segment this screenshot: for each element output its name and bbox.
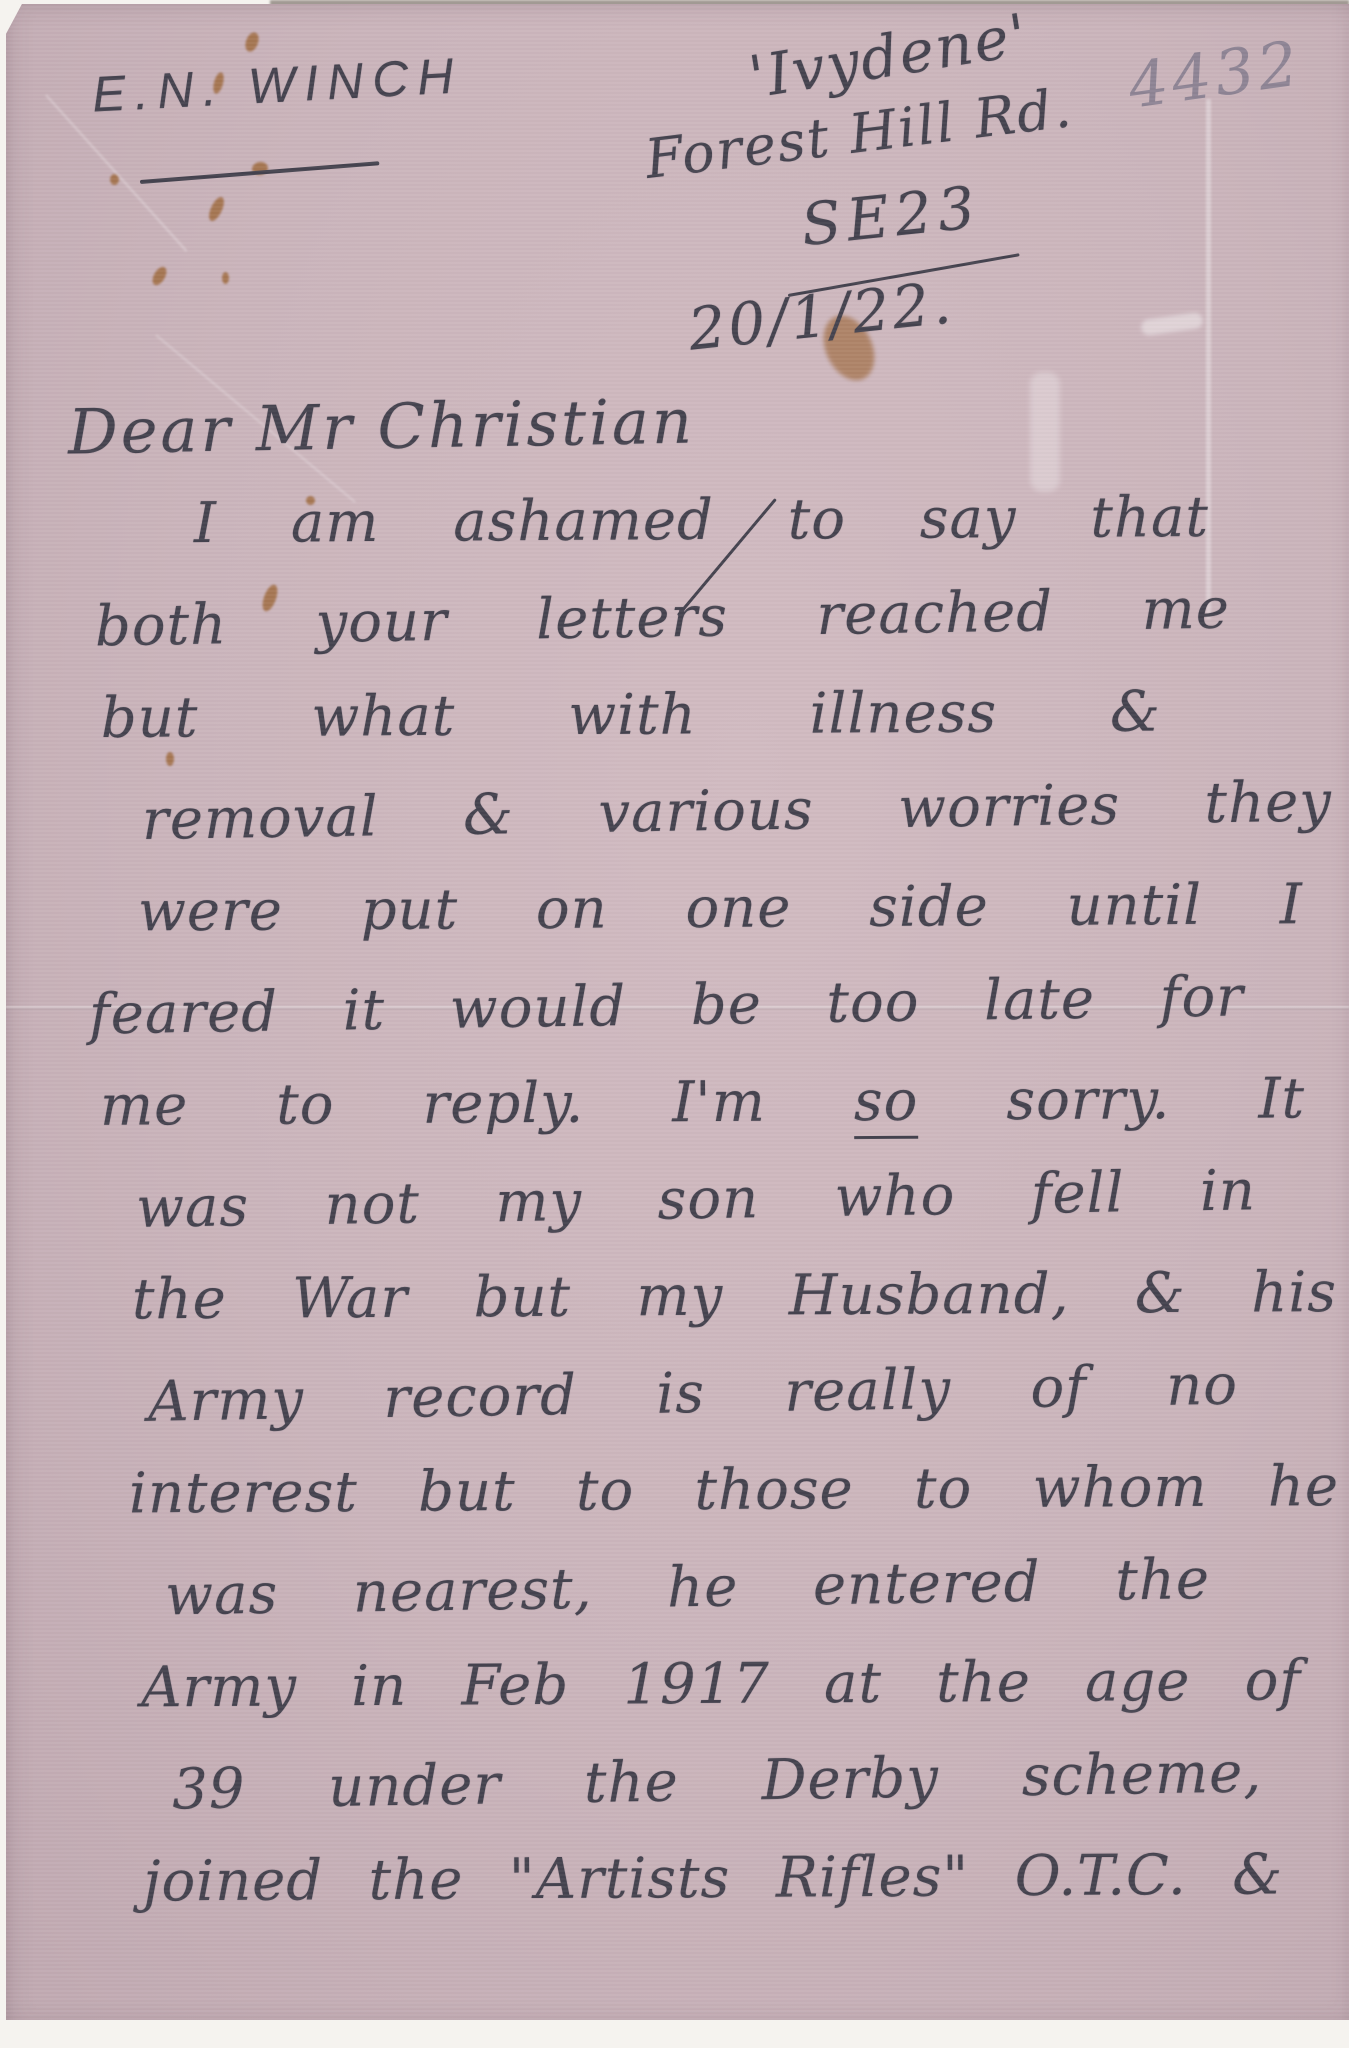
line-segment: both your letters reached me <box>94 577 1230 660</box>
letter-line: I am ashamed to say that <box>194 469 1210 572</box>
letter-line: joined the "Artists Rifles" O.T.C. & <box>143 1826 1284 1930</box>
catalog-number: 4432 <box>1124 26 1306 122</box>
line-segment: I am ashamed to say that <box>194 485 1209 556</box>
letter-scan: E.N. WINCH 4432 'Ivydene' Forest Hill Rd… <box>0 0 1349 2048</box>
letter-line: were put on one side until I <box>138 856 1304 960</box>
rust-stain <box>150 265 170 288</box>
letter-line: Army record is really of no <box>147 1337 1238 1451</box>
line-segment: feared it would be too late for <box>89 964 1245 1047</box>
letter-line: the War but my Husband, & his <box>132 1244 1338 1348</box>
letter-line: 39 under the Derby scheme, <box>171 1724 1262 1838</box>
line-segment: Army record is really of no <box>148 1353 1239 1435</box>
letter-line: but what with illness & <box>101 664 1162 767</box>
line-segment: interest but to those to whom he <box>129 1454 1339 1526</box>
line-segment: was not my son who fell in <box>136 1158 1257 1241</box>
address-district: SE23 <box>798 173 984 259</box>
rust-stain <box>243 31 261 54</box>
letter-date: 20/1/22. <box>685 268 957 363</box>
letter-line: both your letters reached me <box>94 561 1230 676</box>
line-segment: the War but my Husband, & his <box>132 1260 1337 1332</box>
letter-line: was not my son who fell in <box>135 1142 1256 1257</box>
letter-line: feared it would be too late for <box>88 948 1244 1063</box>
underlined-word: so <box>854 1069 919 1139</box>
line-segment: 39 under the Derby scheme, <box>172 1740 1263 1822</box>
rust-stain <box>206 195 227 223</box>
letter-paper: E.N. WINCH 4432 'Ivydene' Forest Hill Rd… <box>6 4 1349 2020</box>
rust-stain <box>222 272 229 284</box>
sender-name-annotation: E.N. WINCH <box>91 46 464 123</box>
line-segment: but what with illness & <box>101 680 1161 751</box>
letter-line: me to reply. I'm so sorry. It <box>100 1050 1306 1154</box>
letter-line: removal & various worries they <box>141 753 1332 869</box>
line-segment: joined the "Artists Rifles" O.T.C. & <box>143 1842 1283 1914</box>
line-segment: removal & various worries they <box>141 769 1332 853</box>
salutation: Dear Mr Christian <box>67 385 695 469</box>
line-segment: was nearest, he entered the <box>165 1547 1211 1628</box>
letter-line: Army in Feb 1917 at the age of <box>141 1632 1302 1736</box>
line-segment: were put on one side until I <box>138 872 1303 944</box>
line-segment: Army in Feb 1917 at the age of <box>141 1648 1301 1720</box>
letter-body: I am ashamed to say thatboth your letter… <box>68 465 1343 1933</box>
scuff-mark <box>1140 312 1204 336</box>
letter-line: interest but to those to whom he <box>129 1438 1340 1542</box>
letter-line: was nearest, he entered the <box>164 1531 1210 1644</box>
line-segment: me to reply. I'm <box>100 1069 854 1139</box>
line-segment: sorry. It <box>918 1066 1305 1133</box>
